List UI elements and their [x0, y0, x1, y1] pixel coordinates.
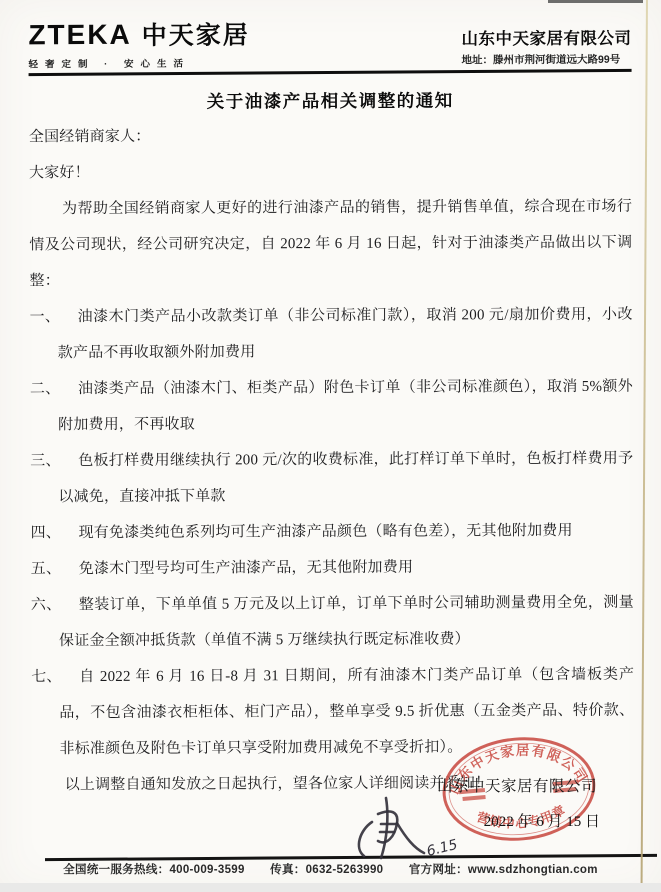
brand-tagline: 轻奢定制 · 安心生活 [28, 55, 249, 70]
company-name: 山东中天家居有限公司 [461, 25, 631, 50]
list-item: 五、免漆木门型号均可生产油漆产品，无其他附加费用 [59, 549, 634, 588]
item-text: 整装订单，下单单值 5 万元及以上订单，订单下单时公司辅助测量费用全免，测量保证… [59, 595, 634, 650]
brand-logo-chinese: 中天家居 [142, 15, 250, 51]
list-item: 六、整装订单，下单单值 5 万元及以上订单，订单下单时公司辅助测量费用全免，测量… [59, 585, 634, 660]
scanned-notice-document: ZTEKA 中天家居 轻奢定制 · 安心生活 山东中天家居有限公司 地址：滕州市… [0, 0, 661, 892]
brand-block: ZTEKA 中天家居 轻奢定制 · 安心生活 [28, 15, 250, 70]
handwritten-date: 6.15 [425, 837, 459, 860]
document-title: 关于油漆产品相关调整的通知 [29, 87, 632, 115]
item-text: 免漆木门型号均可生产油漆产品，无其他附加费用 [79, 560, 413, 577]
scan-edge-bottom [0, 883, 661, 892]
letterhead: ZTEKA 中天家居 轻奢定制 · 安心生活 山东中天家居有限公司 地址：滕州市… [28, 0, 631, 70]
greeting: 大家好！ [29, 153, 632, 192]
header-divider [29, 69, 632, 76]
item-number: 四、 [30, 515, 61, 551]
item-text: 油漆木门类产品小改款类订单（非公司标准门款），取消 200 元/扇加价费用，小改… [58, 307, 633, 362]
item-number: 五、 [31, 551, 62, 587]
item-text: 色板打样费用继续执行 200 元/次的收费标准，此打样订单下单时，色板打样费用予… [58, 451, 633, 506]
item-number: 二、 [30, 371, 61, 407]
item-number: 六、 [31, 587, 62, 623]
handwritten-signature: 6.15 [344, 790, 462, 868]
document-body: 全国经销商家人： 大家好！ 为帮助全国经销商家人更好的进行油漆产品的销售，提升销… [29, 117, 635, 804]
company-address: 地址：滕州市荆河街道远大路99号 [461, 52, 631, 68]
list-item: 二、油漆类产品（油漆木门、柜类产品）附色卡订单（非公司标准颜色），取消 5%额外… [58, 369, 633, 444]
item-text: 油漆类产品（油漆木门、柜类产品）附色卡订单（非公司标准颜色），取消 5%额外附加… [58, 379, 633, 434]
item-number: 七、 [31, 659, 62, 695]
list-item: 四、现有免漆类纯色系列均可生产油漆产品颜色（略有色差），无其他附加费用 [58, 513, 633, 552]
signature-date: 2022 年 6 月 15 日 [484, 810, 600, 831]
intro-paragraph: 为帮助全国经销商家人更好的进行油漆产品的销售，提升销售单值，综合现在市场行情及公… [29, 189, 632, 300]
footer-hotline: 全国统一服务热线：400-009-3599 [63, 864, 244, 876]
list-item: 一、油漆木门类产品小改款类订单（非公司标准门款），取消 200 元/扇加价费用，… [58, 297, 633, 372]
brand-logo-latin: ZTEKA [28, 19, 131, 51]
item-text: 现有免漆类纯色系列均可生产油漆产品颜色（略有色差），无其他附加费用 [79, 523, 573, 541]
item-number: 一、 [30, 299, 61, 335]
scan-edge-top [548, 0, 643, 3]
footer: 全国统一服务热线：400-009-3599 传真：0632-5263990 官方… [0, 861, 661, 877]
salutation: 全国经销商家人： [29, 117, 632, 156]
list-item: 三、色板打样费用继续执行 200 元/次的收费标准，此打样订单下单时，色板打样费… [58, 441, 633, 516]
company-block: 山东中天家居有限公司 地址：滕州市荆河街道远大路99号 [461, 25, 631, 69]
item-number: 三、 [30, 443, 61, 479]
